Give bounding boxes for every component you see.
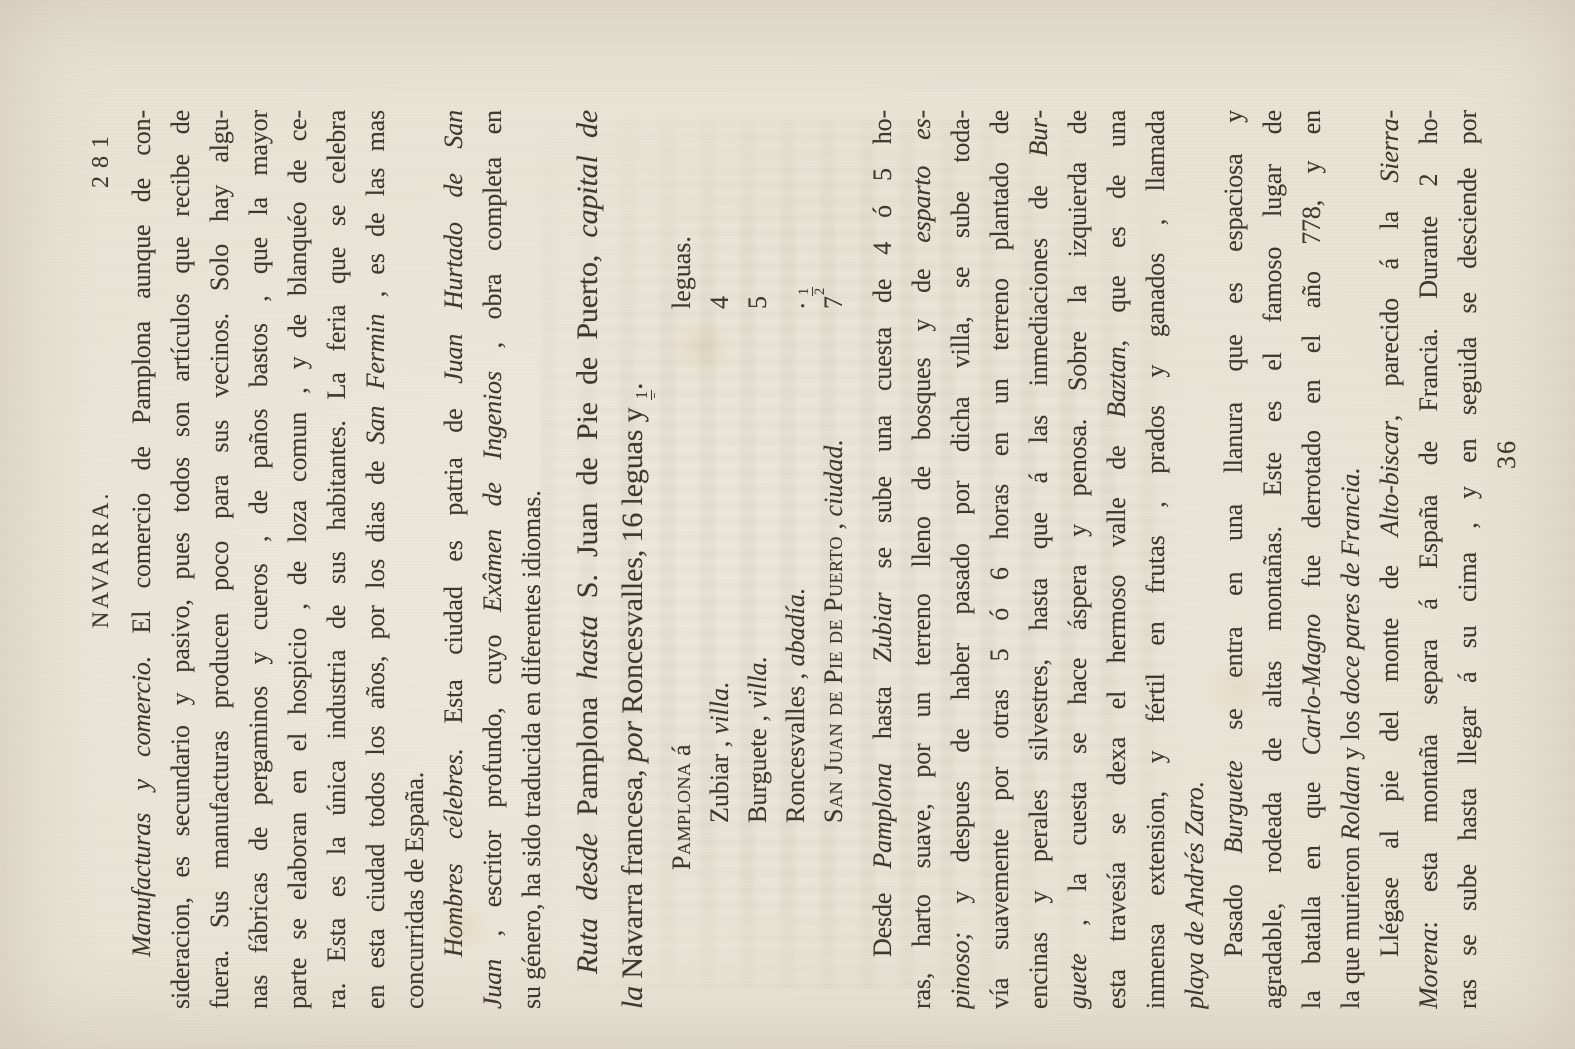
text-line: su género, ha sido traducida en diferent… [512, 110, 551, 1009]
route-row-place: San Juan de Pie de Puerto , ciudad. [819, 439, 848, 823]
text-line: Juan , escritor profundo, cuyo Exâmen de… [473, 110, 512, 1009]
text-line: ra. Esta es la única industria de sus ha… [317, 110, 356, 1009]
page-header-title: NAVARRA. [80, 491, 122, 629]
text-line: agradable, rodeada de altas montañas. Es… [1253, 110, 1292, 1009]
text-line: pinoso; y despues de haber pasado por di… [941, 110, 980, 1009]
book-page: NAVARRA. 281 Manufacturas y comercio. El… [0, 0, 1575, 1049]
paragraph-desde-pamplona: Desde Pamplona hasta Zubiar se sube una … [863, 110, 1214, 1009]
route-row: Roncesvalles , abadía.. 12 [777, 110, 815, 1009]
signature-mark: 36 [1492, 439, 1521, 469]
route-row-leagues: 4 [701, 169, 739, 309]
page-content: NAVARRA. 281 Manufacturas y comercio. El… [80, 110, 1526, 1009]
text-line: nas fábricas de pergaminos y cueros , de… [239, 110, 278, 1009]
text-line: Hombres célebres. Esta ciudad es patria … [434, 110, 473, 1009]
route-row-leagues: 5 [739, 169, 777, 309]
route-table: Pamplona á leguas. Zubiar , villa.4Burgu… [663, 110, 853, 1009]
text-line: Ruta desde Pamplona hasta S. Juan de Pie… [565, 110, 610, 1009]
rotated-scan-container: NAVARRA. 281 Manufacturas y comercio. El… [0, 0, 1575, 1049]
text-line: fuera. Sus manufacturas producen poco pa… [200, 110, 239, 1009]
route-row: Burguete , villa.5 [739, 110, 777, 1009]
route-row-place: Zubiar , villa. [705, 681, 734, 823]
text-line: Llégase al pie del monte de Alto-biscar,… [1370, 110, 1409, 1009]
text-line: playa de Andrés Zaro. [1175, 110, 1214, 1009]
page-number: 281 [80, 128, 122, 188]
signature-line: 36 [1487, 110, 1526, 469]
text-line: en esta ciudad todos los años, por los d… [356, 110, 395, 1009]
paragraph-pasado-burguete: Pasado Burguete se entra en una llanura … [1214, 110, 1370, 1009]
paragraph-manufacturas-y-comercio: Manufacturas y comercio. El comercio de … [122, 110, 434, 1009]
scanned-book-page-screenshot: { "page": { "header_title": "NAVARRA.", … [0, 0, 1575, 1049]
text-line: ras, harto suave, por un terreno lleno d… [902, 110, 941, 1009]
text-line: parte se elaboran en el hospicio , de lo… [278, 110, 317, 1009]
text-line: la batalla en que Carlo-Magno fue derrot… [1292, 110, 1331, 1009]
route-row-place: Burguete , villa. [743, 656, 772, 823]
text-line: Pasado Burguete se entra en una llanura … [1214, 110, 1253, 1009]
paragraph-llegase-al-monte: Llégase al pie del monte de Alto-biscar,… [1370, 110, 1487, 1009]
text-line: inmensa extension, y fértil en frutas , … [1136, 110, 1175, 1009]
text-line: la Navarra francesa, por Roncesvalles, 1… [610, 110, 655, 1009]
text-line: Manufacturas y comercio. El comercio de … [122, 110, 161, 1009]
route-row: Zubiar , villa.4 [701, 110, 739, 1009]
route-table-rows: Zubiar , villa.4Burguete , villa.5Ronces… [701, 110, 853, 1009]
text-line: vía suavemente por otras 5 ó 6 horas en … [980, 110, 1019, 1009]
text-line: sideracion, es secundario y pasivo, pues… [161, 110, 200, 1009]
route-row-place: Roncesvalles , abadía. [781, 588, 810, 823]
text-line: Morena: esta montaña separa á España de … [1409, 110, 1448, 1009]
text-line: la que murieron Roldan y los doce pares … [1331, 110, 1370, 1009]
text-line: ras se sube hasta llegar á su cima , y e… [1448, 110, 1487, 1009]
one-half-fraction: 12 [634, 390, 655, 400]
text-line: encinas y perales silvestres, hasta que … [1019, 110, 1058, 1009]
route-heading: Ruta desde Pamplona hasta S. Juan de Pie… [565, 110, 655, 1009]
leagues-unit-label: leguas. [663, 169, 701, 309]
route-origin-label: Pamplona á [667, 744, 696, 870]
paragraph-hombres-celebres: Hombres célebres. Esta ciudad es patria … [434, 110, 551, 1009]
route-row-leagues: 7 [815, 169, 853, 309]
route-row: San Juan de Pie de Puerto , ciudad.7 [815, 110, 853, 1009]
text-line: esta travesía se dexa el hermoso valle d… [1097, 110, 1136, 1009]
route-table-header: Pamplona á leguas. [663, 110, 701, 1009]
text-line: concurridas de España. [395, 110, 434, 1009]
text-line: guete , la cuesta se hace áspera y penos… [1058, 110, 1097, 1009]
running-head: NAVARRA. 281 [80, 110, 122, 1009]
text-line: Desde Pamplona hasta Zubiar se sube una … [863, 110, 902, 1009]
